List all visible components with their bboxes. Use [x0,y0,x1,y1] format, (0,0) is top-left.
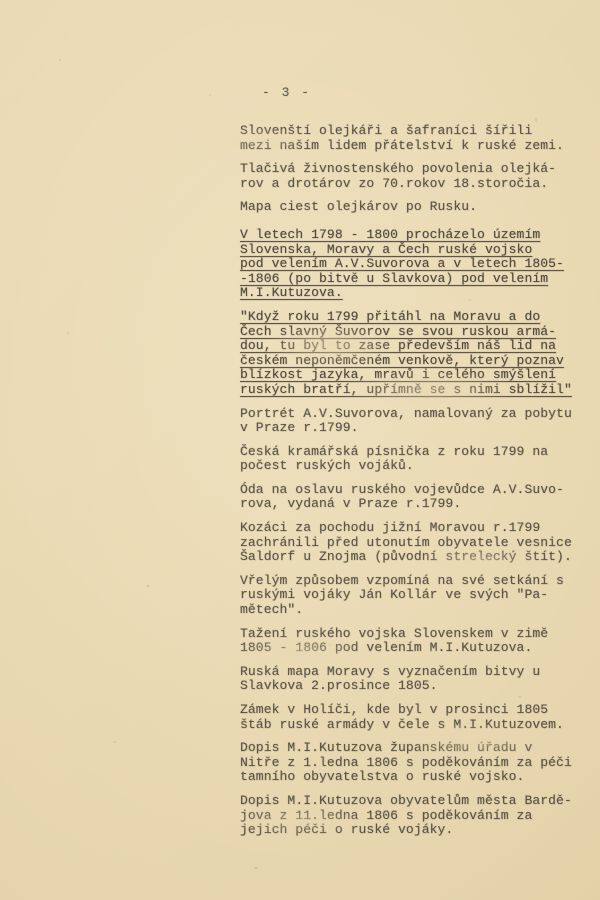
paragraph-tazeni-kutuzov: Tažení ruského vojska Slovenskem v zimě … [240,627,580,656]
paragraph-underlined-quote: "Když roku 1799 přitáhl na Moravu a do Č… [240,310,580,398]
page-number: - 3 - [262,85,311,100]
paragraph-kramarska-pisnicka: Česká kramářská písnička z roku 1799 na … [240,445,580,474]
paragraph-portret-suvorova: Portrét A.V.Suvorova, namalovaný za poby… [240,407,580,436]
paragraph-tlaciva-povolenia: Tlačivá živnostenského povolenia olejká-… [240,162,580,191]
paragraph-underlined-vojsko: V letech 1798 - 1800 procházelo územím S… [240,228,580,301]
paragraph-ruska-mapa-slavkov: Ruská mapa Moravy s vyznačením bitvy u S… [240,665,580,694]
paragraph-olejkari-safranici: Slovenští olejkáři a šafraníci šířili me… [240,124,580,153]
paragraph-kollar-pameti: Vřelým způsobem vzpomíná na své setkání … [240,574,580,618]
paragraph-dopis-nitra: Dopis M.I.Kutuzova županskému úřadu v Ni… [240,741,580,785]
document-page: - 3 - Slovenští olejkáři a šafraníci šíř… [0,0,600,900]
paragraph-kozaci-saldorf: Kozáci za pochodu jižní Moravou r.1799 z… [240,521,580,565]
paragraph-zamek-holic: Zámek v Holíči, kde byl v prosinci 1805 … [240,703,580,732]
paragraph-mapa-ciest: Mapa ciest olejkárov po Rusku. [240,200,580,215]
text-column: Slovenští olejkáři a šafraníci šířili me… [240,124,580,847]
paragraph-oda-suvorov: Óda na oslavu ruského vojevůdce A.V.Suvo… [240,483,580,512]
paragraph-dopis-bardejov: Dopis M.I.Kutuzova obyvatelům města Bard… [240,794,580,838]
